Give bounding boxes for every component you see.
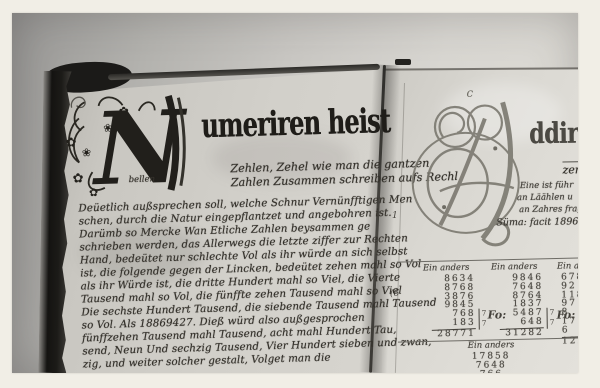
addend: 766 [456,370,526,373]
summa-line: Süma: facit 1896 [496,216,578,228]
proof-digit: 7 [550,317,555,327]
heading-small-word: zen [562,161,578,176]
proof-digit: 7 [482,318,487,328]
sum-total: 28771 [424,329,476,339]
proof-digits: 7 7 [479,309,487,330]
photograph: 1 (6 ✿ ❀ ✿ ❀ ✿ [12,13,578,373]
example-label: Ein anders [423,263,475,274]
addition-example: Ein an 678 92 118 97 8 17 6 1228 [557,261,578,346]
intro-line: an Zahres frag [519,204,578,215]
addition-example: Ein anders 9846 7648 8764 1837 5487 648 … [491,262,544,338]
addend: 183 [424,319,476,329]
example-label: Ein an [557,261,578,272]
intro-line: an Läählen u [517,192,573,203]
sum-total: 31282 [492,329,544,339]
proof-digit: 7 [550,308,555,318]
left-page-content: ✿ ❀ ✿ ❀ ✿ ✿ N umeriren heist Zehlen, Zeh… [60,76,408,373]
margin-word: bellen [129,174,156,185]
ornate-initial-n: ✿ ❀ ✿ ❀ ✿ ✿ N [62,87,203,207]
svg-text:❀: ❀ [82,146,92,159]
proof-digits: 7 7 [547,308,555,329]
svg-text:c: c [466,86,473,100]
proof-digit: 7 [482,309,487,319]
left-page-heading: umeriren heist [201,102,391,146]
intro-line: Eine ist führ [520,180,574,191]
example-label: Ein anders [491,262,543,273]
ornate-initial-a: c [404,82,546,258]
addend: 6 [562,326,578,335]
addend: 648 [492,318,544,328]
svg-text:✿: ✿ [72,171,83,186]
svg-text:✿: ✿ [65,136,76,151]
addition-example-bottom: Ein anders 17858 7648 766 [456,340,527,373]
example-label: Ein anders [456,340,526,351]
ruled-line [397,257,578,262]
right-page-heading: ddiren [529,117,578,151]
right-page-content: c ddiren zen Eine ist führ an Läählen u … [382,55,578,373]
addition-example: Ein anders 8634 8768 3876 9845 768 183 2… [423,263,476,339]
